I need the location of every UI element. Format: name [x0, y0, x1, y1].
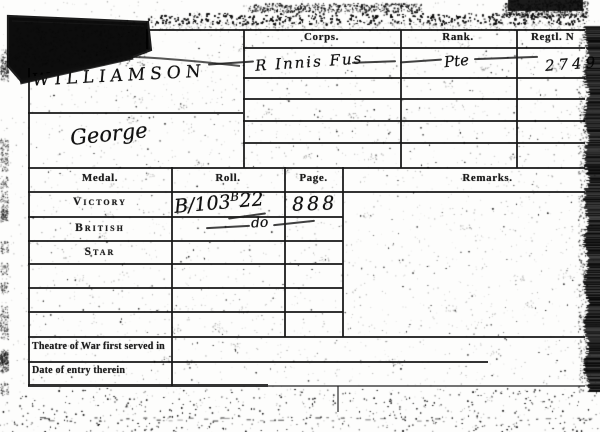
fold-crease-extension [133, 57, 240, 66]
folded-corner-artifact [0, 0, 600, 432]
medal-index-card-scan: Corps. Rank. Regtl. N Medal. Roll. Page.… [0, 0, 600, 432]
